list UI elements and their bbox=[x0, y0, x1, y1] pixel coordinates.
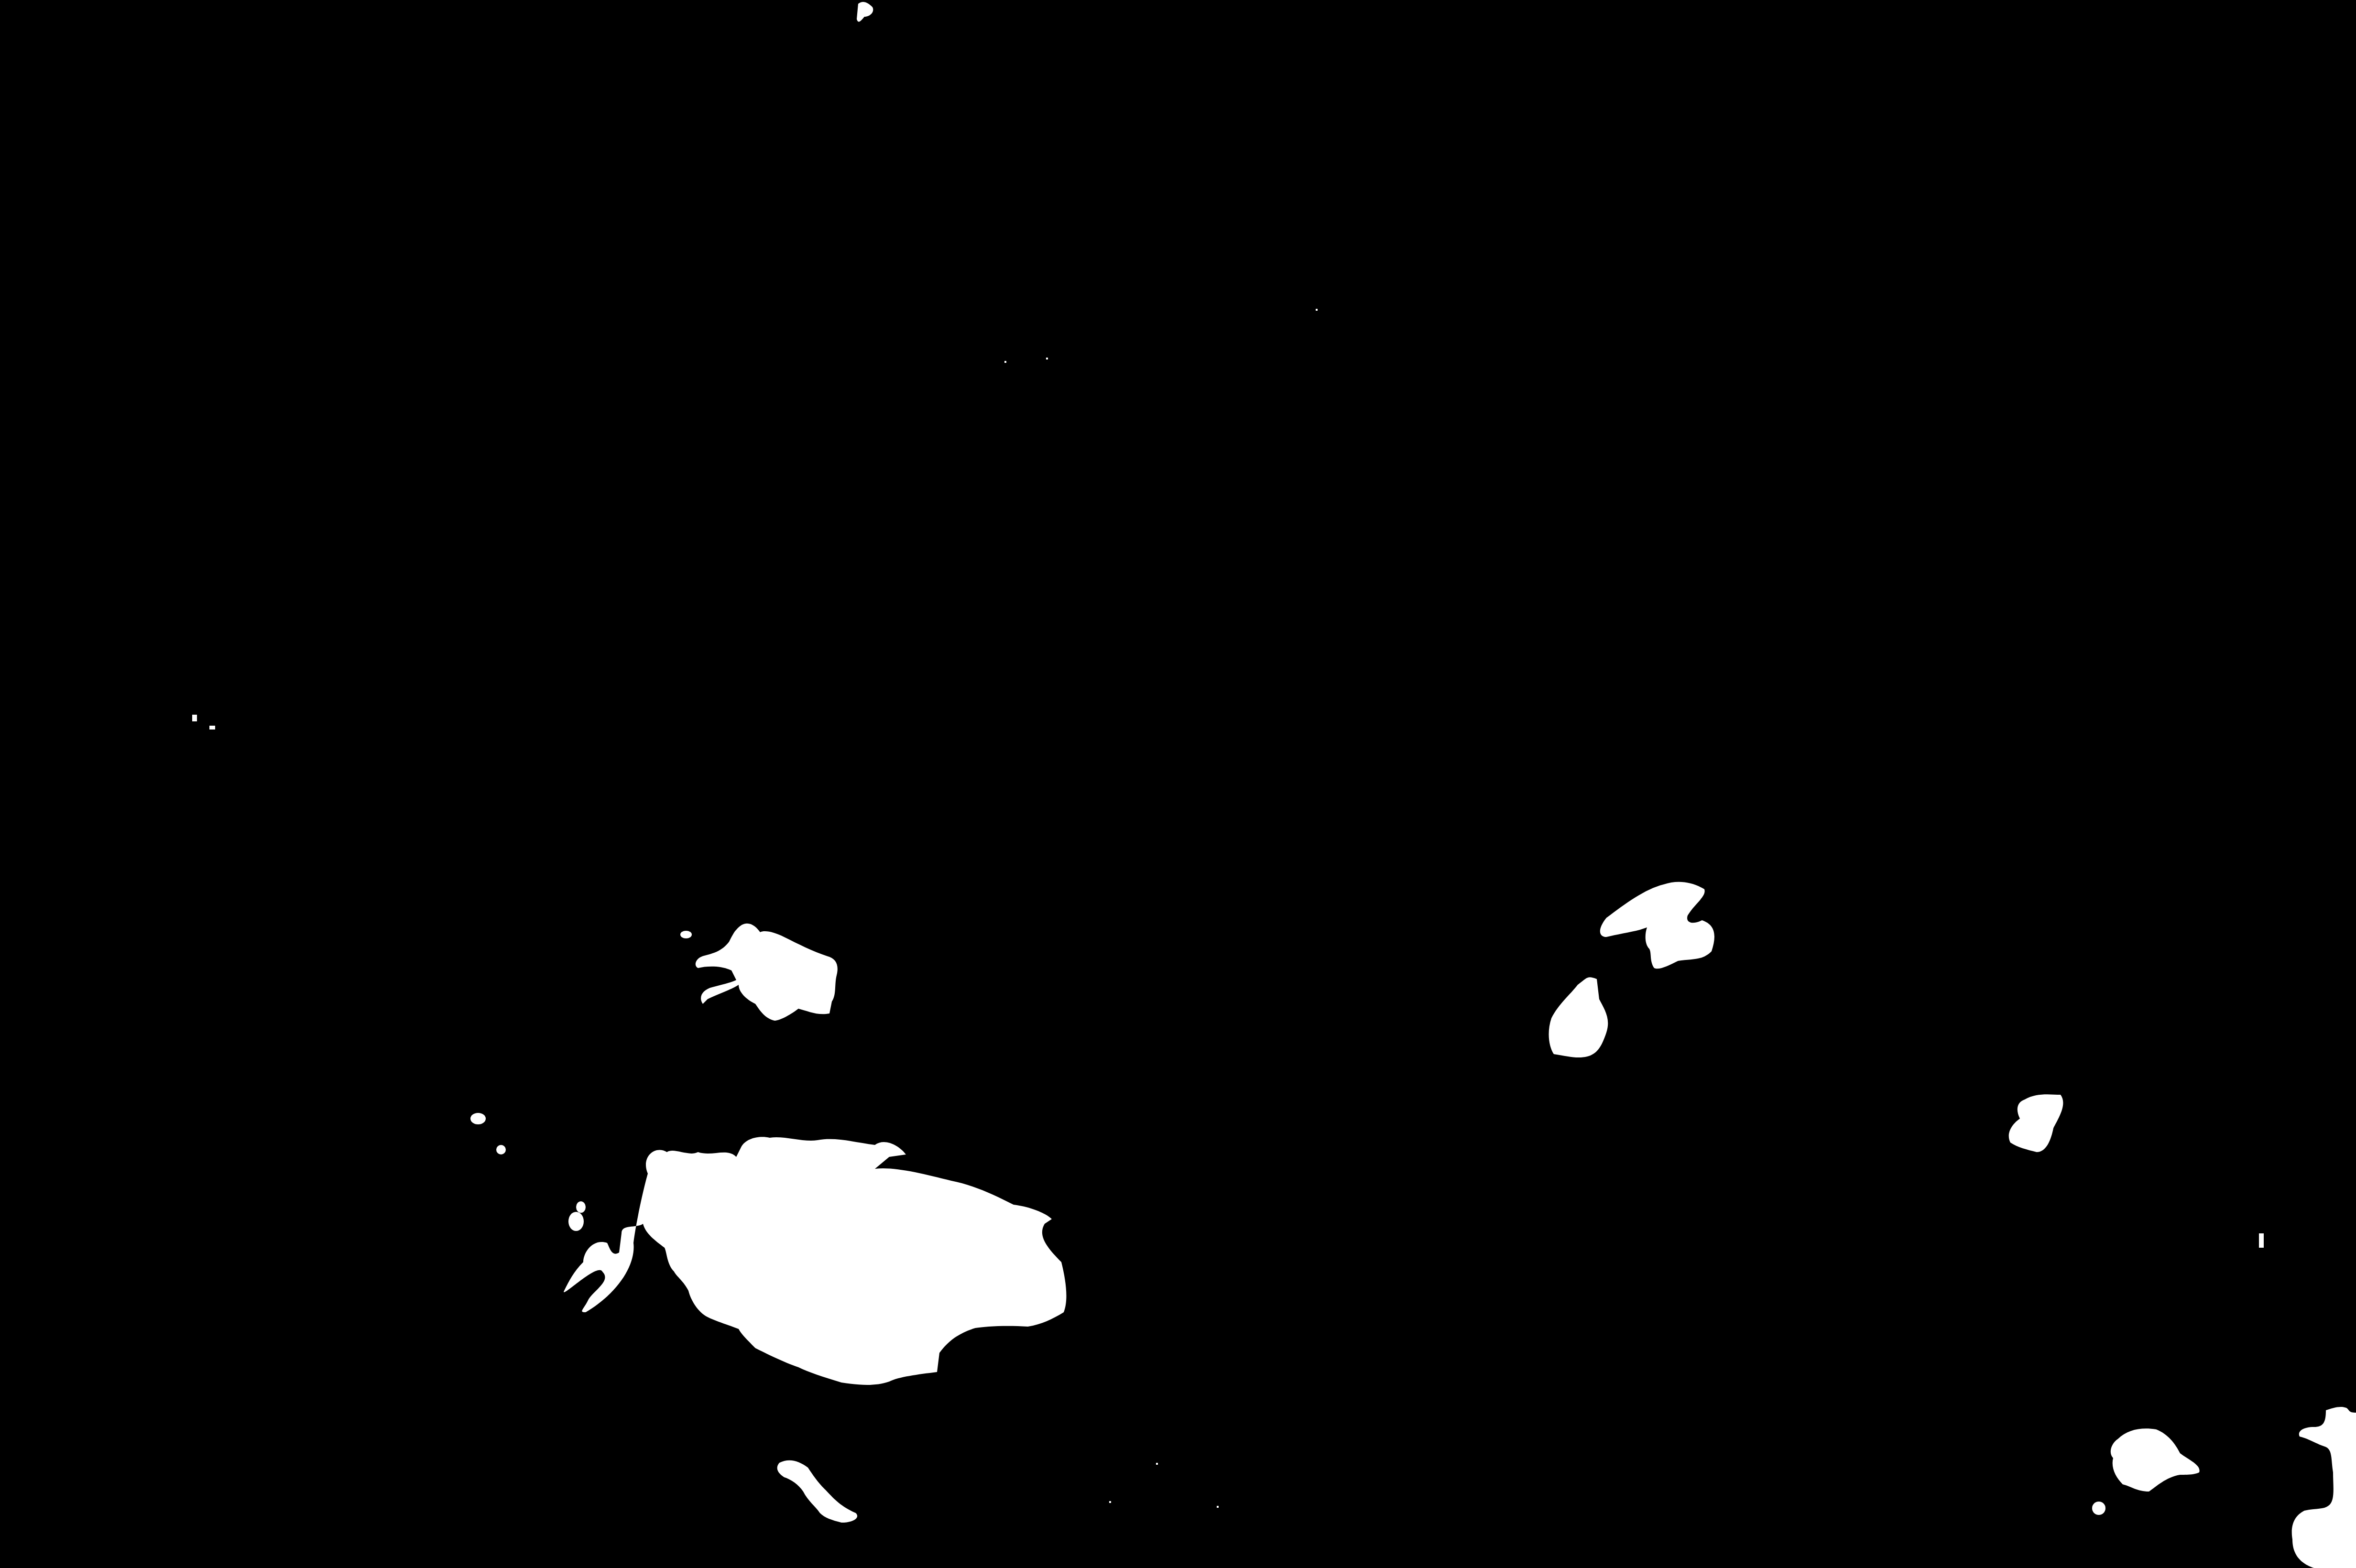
mask-background bbox=[0, 0, 2356, 1568]
segmentation-mask bbox=[0, 0, 2356, 1568]
bottom-right-speck bbox=[2092, 1502, 2105, 1515]
upper-left-speck bbox=[680, 931, 692, 938]
